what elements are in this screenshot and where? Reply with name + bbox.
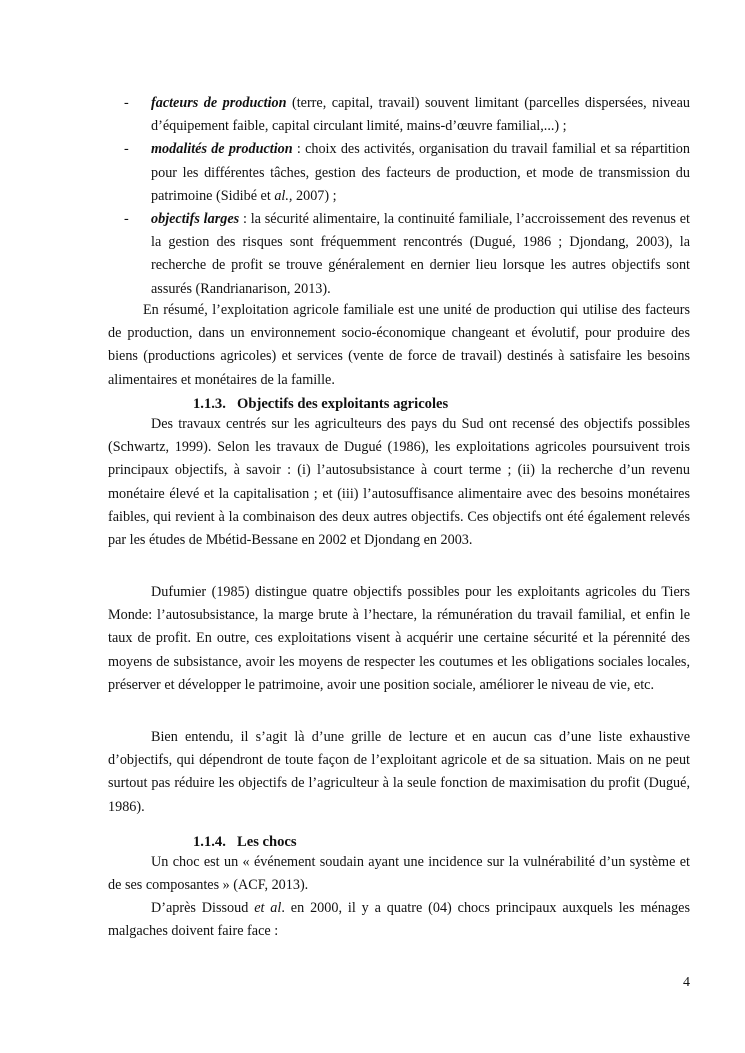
list-item-text-end: 2007) ; [292, 188, 336, 204]
bullet-dash: - [124, 208, 129, 231]
section-title: Les chocs [237, 834, 297, 850]
citation-italic: et al [254, 900, 281, 916]
list-item-term: facteurs de production [151, 95, 287, 111]
document-page: - facteurs de production (terre, capital… [0, 0, 745, 1053]
section-heading-1-1-4: 1.1.4.Les chocs [193, 832, 297, 852]
body-paragraph: Un choc est un « événement soudain ayant… [108, 851, 690, 897]
citation-italic: al., [274, 188, 292, 204]
body-paragraph: Bien entendu, il s’agit là d’une grille … [108, 726, 690, 819]
bullet-dash: - [124, 92, 129, 115]
list-item: - modalités de production : choix des ac… [124, 138, 690, 208]
body-paragraph: Dufumier (1985) distingue quatre objecti… [108, 581, 690, 697]
list-item-term: modalités de production [151, 141, 293, 157]
list-item: - facteurs de production (terre, capital… [124, 92, 690, 138]
page-number: 4 [683, 975, 690, 991]
section-number: 1.1.3. [193, 394, 237, 414]
body-paragraph: D’après Dissoud et al. en 2000, il y a q… [108, 897, 690, 943]
summary-paragraph: En résumé, l’exploitation agricole famil… [108, 299, 690, 392]
section-heading-1-1-3: 1.1.3.Objectifs des exploitants agricole… [193, 394, 448, 414]
paragraph-text: D’après Dissoud [151, 900, 254, 916]
bullet-dash: - [124, 138, 129, 161]
body-paragraph: Des travaux centrés sur les agriculteurs… [108, 413, 690, 552]
section-title: Objectifs des exploitants agricoles [237, 396, 448, 412]
characteristics-list: - facteurs de production (terre, capital… [124, 92, 690, 301]
list-item-term: objectifs larges [151, 211, 239, 227]
section-number: 1.1.4. [193, 832, 237, 852]
list-item: - objectifs larges : la sécurité aliment… [124, 208, 690, 301]
